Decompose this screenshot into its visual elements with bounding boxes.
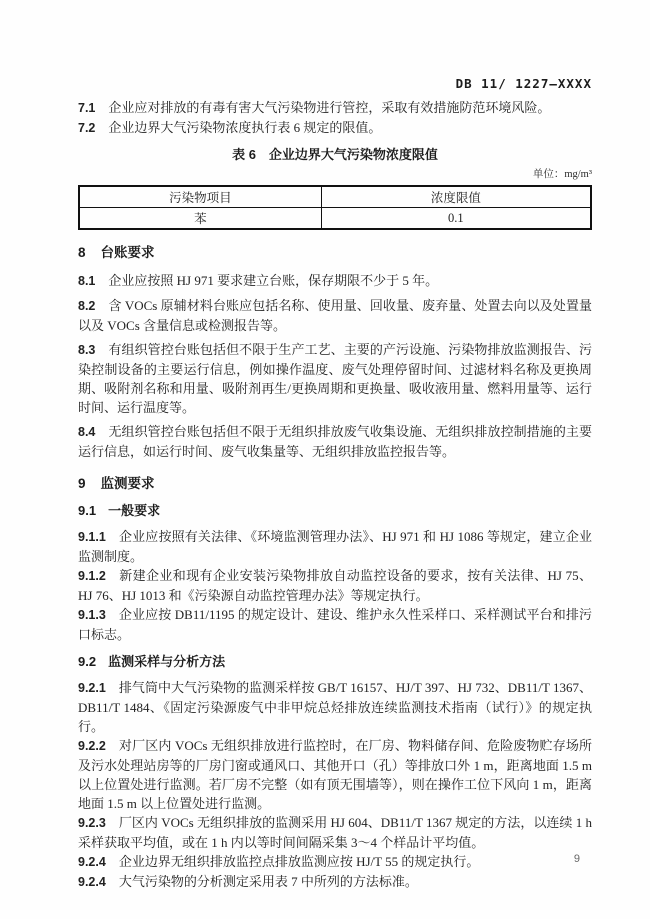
clause-text: 企业边界大气污染物浓度执行表 6 规定的限值。 [108, 120, 381, 135]
clause-9-2-4: 9.2.4企业边界无组织排放监控点排放监测应按 HJ/T 55 的规定执行。 [78, 852, 592, 872]
clause-text: 企业边界无组织排放监控点排放监测应按 HJ/T 55 的规定执行。 [119, 854, 480, 869]
clause-text: 企业应对排放的有毒有害大气污染物进行管控，采取有效措施防范环境风险。 [108, 100, 550, 115]
clause-7-1: 7.1企业应对排放的有毒有害大气污染物进行管控，采取有效措施防范环境风险。 [78, 98, 592, 118]
clause-number: 9.1.2 [78, 569, 119, 583]
clause-8-4: 8.4无组织管控台账包括但不限于无组织排放废气收集设施、无组织排放控制措施的主要… [78, 422, 592, 461]
section-number: 8 [78, 245, 101, 260]
clause-text: 企业应按照 HJ 971 要求建立台账，保存期限不少于 5 年。 [108, 273, 438, 288]
section-title: 台账要求 [101, 245, 155, 260]
clause-text: 企业应按照有关法律、《环境监测管理办法》、HJ 971 和 HJ 1086 等规… [78, 529, 592, 564]
page-number: 9 [574, 853, 580, 865]
table6: 污染物项目 浓度限值 苯 0.1 [78, 185, 592, 230]
document-number: DB 11/ 1227—XXXX [456, 76, 592, 91]
clause-number: 9.1.3 [78, 608, 119, 622]
table-row: 苯 0.1 [79, 208, 591, 230]
clause-number: 9.2.4 [78, 855, 119, 869]
clause-number: 9.2.4 [78, 875, 119, 889]
section-title: 监测要求 [101, 476, 155, 491]
clause-9-2-2: 9.2.2对厂区内 VOCs 无组织排放进行监控时，在厂房、物料储存间、危险废物… [78, 736, 592, 813]
clause-text: 对厂区内 VOCs 无组织排放进行监控时，在厂房、物料储存间、危险废物贮存场所及… [78, 738, 592, 811]
clause-9-1-2: 9.1.2新建企业和现有企业安装污染物排放自动监控设备的要求，按有关法律、HJ … [78, 566, 592, 605]
table6-col-header-pollutant: 污染物项目 [79, 186, 321, 208]
clause-text: 厂区内 VOCs 无组织排放的监测采用 HJ 604、DB11/T 1367 规… [78, 815, 592, 850]
subsection-number: 9.1 [78, 503, 108, 518]
clause-number: 9.2.1 [78, 681, 119, 695]
subsection-9-1-heading: 9.1一般要求 [78, 502, 592, 520]
clause-text: 新建企业和现有企业安装污染物排放自动监控设备的要求，按有关法律、HJ 75、HJ… [78, 568, 592, 603]
clause-8-1: 8.1企业应按照 HJ 971 要求建立台账，保存期限不少于 5 年。 [78, 271, 592, 291]
clause-number: 9.2.3 [78, 816, 119, 830]
clause-number: 8.3 [78, 343, 108, 357]
clause-number: 9.1.1 [78, 530, 119, 544]
table6-pollutant-cell: 苯 [79, 208, 321, 230]
clause-text: 大气污染物的分析测定采用表 7 中所列的方法标准。 [119, 874, 418, 889]
section-8-heading: 8台账要求 [78, 244, 592, 262]
clause-number: 7.2 [78, 121, 108, 135]
clause-text: 企业应按 DB11/1195 的规定设计、建设、维护永久性采样口、采样测试平台和… [78, 607, 592, 642]
clause-text: 含 VOCs 原辅材料台账应包括名称、使用量、回收量、废弃量、处置去向以及处置量… [78, 298, 592, 333]
clause-9-1-1: 9.1.1企业应按照有关法律、《环境监测管理办法》、HJ 971 和 HJ 10… [78, 527, 592, 566]
clause-number: 8.1 [78, 274, 108, 288]
subsection-number: 9.2 [78, 654, 108, 669]
clause-number: 9.2.2 [78, 739, 119, 753]
clause-7-2: 7.2企业边界大气污染物浓度执行表 6 规定的限值。 [78, 118, 592, 138]
clause-8-2: 8.2含 VOCs 原辅材料台账应包括名称、使用量、回收量、废弃量、处置去向以及… [78, 296, 592, 335]
clause-number: 8.2 [78, 299, 108, 313]
section-9-heading: 9监测要求 [78, 475, 592, 493]
subsection-9-2-heading: 9.2监测采样与分析方法 [78, 653, 592, 671]
document-page: DB 11/ 1227—XXXX 7.1企业应对排放的有毒有害大气污染物进行管控… [0, 0, 650, 919]
table6-limit-cell: 0.1 [321, 208, 591, 230]
section-number: 9 [78, 476, 101, 491]
clause-9-2-3: 9.2.3厂区内 VOCs 无组织排放的监测采用 HJ 604、DB11/T 1… [78, 813, 592, 852]
subsection-title: 一般要求 [108, 503, 160, 518]
clause-9-1-3: 9.1.3企业应按 DB11/1195 的规定设计、建设、维护永久性采样口、采样… [78, 605, 592, 644]
subsection-title: 监测采样与分析方法 [108, 654, 225, 669]
clause-number: 8.4 [78, 425, 108, 439]
clause-9-2-1: 9.2.1排气筒中大气污染物的监测采样按 GB/T 16157、HJ/T 397… [78, 678, 592, 736]
table6-unit-label: 单位：mg/m³ [78, 168, 592, 182]
table6-col-header-limit: 浓度限值 [321, 186, 591, 208]
clause-number: 7.1 [78, 101, 108, 115]
clause-text: 有组织管控台账包括但不限于生产工艺、主要的产污设施、污染物排放监测报告、污染控制… [78, 342, 592, 415]
table6-header-row: 污染物项目 浓度限值 [79, 186, 591, 208]
clause-8-3: 8.3有组织管控台账包括但不限于生产工艺、主要的产污设施、污染物排放监测报告、污… [78, 340, 592, 417]
clause-text: 排气筒中大气污染物的监测采样按 GB/T 16157、HJ/T 397、HJ 7… [78, 680, 592, 734]
clause-9-2-4-duplicate: 9.2.4大气污染物的分析测定采用表 7 中所列的方法标准。 [78, 872, 592, 892]
clause-text: 无组织管控台账包括但不限于无组织排放废气收集设施、无组织排放控制措施的主要运行信… [78, 424, 592, 459]
table6-title: 表 6 企业边界大气污染物浓度限值 [78, 146, 592, 164]
